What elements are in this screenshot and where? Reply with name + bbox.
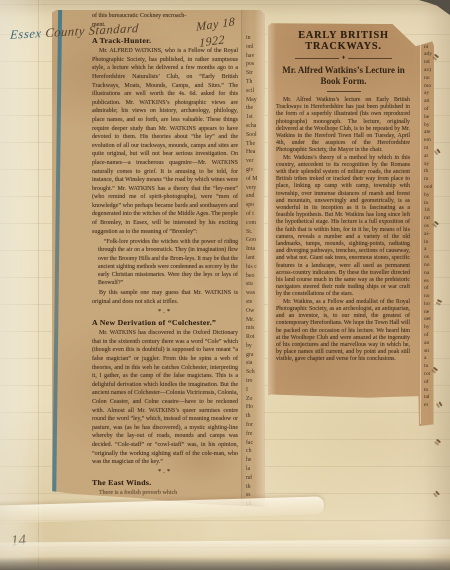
heading-colchester: A New Derivation of “Colchester.”: [92, 318, 238, 327]
subheading-line: Book Form.: [268, 76, 419, 87]
blockquote-folklore: “Folk-lore provides the witches with the…: [98, 238, 238, 287]
headline-divider: ♦: [295, 55, 392, 61]
subheading-lecture-in-book-form: Mr. Alfred Watkins’s Lecture in Book For…: [268, 65, 419, 87]
scrapbook-photo: of this bureaucratic Cockney encroach- m…: [0, 0, 450, 570]
subheading-rule: [327, 91, 361, 92]
page-bottom-edge: [0, 539, 450, 557]
divider-line: [295, 58, 339, 59]
paragraph-tribute: Mr. Watkins, as a Fellow and medallist o…: [276, 299, 410, 364]
photo-background-bottom: [0, 557, 450, 570]
page-margin-rule: [38, 0, 39, 570]
left-newspaper-clipping: of this bureaucratic Cockney encroach- m…: [52, 10, 265, 508]
section-ornament: *.*: [92, 308, 238, 317]
paragraph-sample: By this sample one may guess that Mr. WA…: [92, 289, 238, 306]
left-clipping-cut-column-fragments: in onl hav pos Str Th scil May the 1st s…: [241, 10, 264, 508]
paragraph-colchester: Mr. WATKINS has discovered in the Oxford…: [92, 329, 238, 467]
subheading-line: Mr. Alfred Watkins’s Lecture in: [268, 65, 419, 76]
diamond-ornament-icon: ♦: [342, 55, 345, 61]
right-clipping-text-column: EARLY BRITISH TRACKWAYS. ♦ Mr. Alfred Wa…: [268, 22, 419, 364]
paragraph-publication: Mr. Alfred Watkins’s lecture on Early Br…: [276, 97, 410, 155]
right-newspaper-clipping: EARLY BRITISH TRACKWAYS. ♦ Mr. Alfred Wa…: [268, 22, 434, 426]
section-ornament: *.*: [92, 468, 238, 477]
heading-east-winds: The East Winds.: [92, 478, 238, 487]
paragraph-theory: Mr. Watkins’s theory of a method by whic…: [276, 155, 410, 299]
inscription-newspaper-name: Essex: [10, 26, 42, 42]
left-clipping-text-column: of this bureaucratic Cockney encroach- m…: [92, 12, 238, 499]
right-clipping-cut-column-fragments: in dy ni ady nd ax) no mo ay ati of he b…: [420, 26, 434, 424]
paragraph-track-hunter: Mr. ALFRED WATKINS, who is a Fellow of t…: [92, 47, 238, 236]
right-clipping-body: Mr. Alfred Watkins’s lecture on Early Br…: [276, 97, 410, 364]
blue-crayon-line: [52, 10, 62, 508]
divider-line: [348, 58, 392, 59]
headline-early-british-trackways: EARLY BRITISH TRACKWAYS.: [268, 30, 419, 52]
